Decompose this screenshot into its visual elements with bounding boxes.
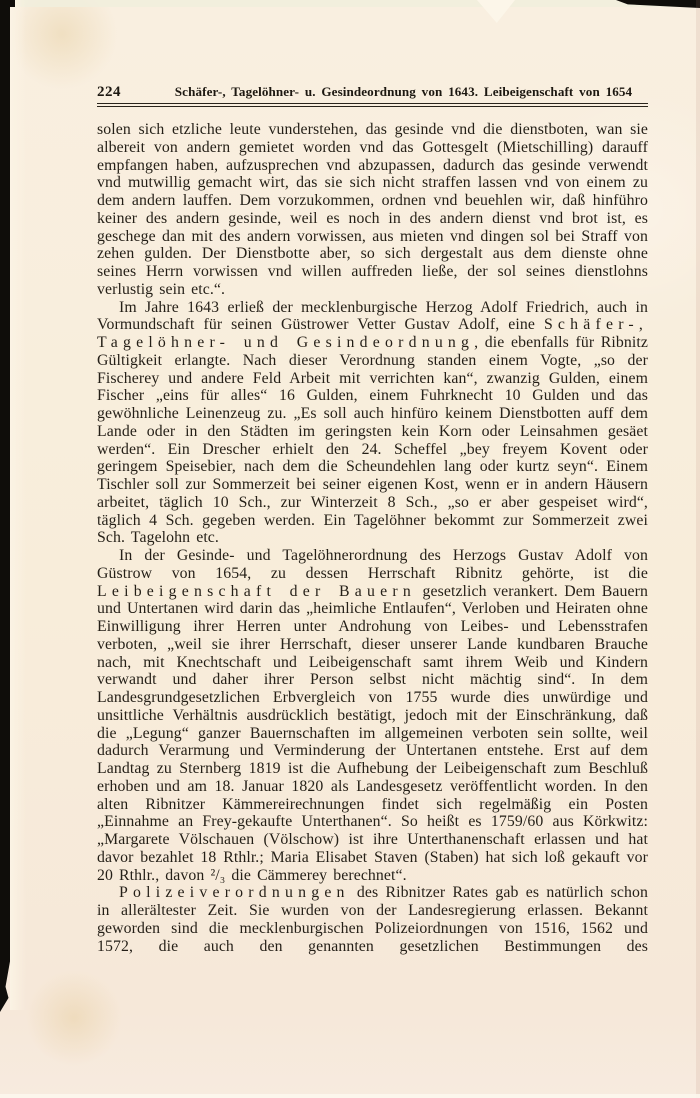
text-run: solen sich etzliche leute vunderstehen, …	[97, 121, 648, 298]
text-run: In der Gesinde- und Tagelöhnerordnung de…	[97, 547, 648, 582]
running-header-title: Schäfer-, Tagelöhner- u. Gesindeordnung …	[159, 84, 648, 100]
paragraph: In der Gesinde- und Tagelöhnerordnung de…	[97, 547, 648, 884]
letterspaced-phrase: Leibeigenschaft der Bauern	[97, 583, 416, 600]
paper-top-edge	[0, 0, 700, 7]
page-body-text: solen sich etzliche leute vunderstehen, …	[97, 121, 648, 955]
text-run: gesetzlich verankert. Dem Bauern und Unt…	[97, 583, 648, 884]
scanned-page: 224 Schäfer-, Tagelöhner- u. Gesindeordn…	[0, 0, 700, 1098]
paper-bottom-edge	[0, 1094, 700, 1098]
header-double-rule	[97, 103, 648, 107]
letterspaced-phrase: Polizeiverordnungen	[119, 884, 350, 901]
paper-left-edge-highlight	[10, 0, 26, 1010]
text-run: , die ebenfalls für Ribnitz Gültigkeit e…	[97, 334, 648, 546]
paragraph: Polizeiverordnungen des Ribnitzer Rates …	[97, 884, 648, 955]
scan-edge-right-tint	[696, 0, 700, 1098]
scan-edge-left	[0, 0, 10, 1012]
page-number: 224	[97, 84, 159, 101]
paragraph: Im Jahre 1643 erließ der mecklenburgisch…	[97, 299, 648, 548]
scan-edge-top-left	[0, 0, 15, 7]
page-fold-crease	[477, 0, 515, 23]
paragraph: solen sich etzliche leute vunderstehen, …	[97, 121, 648, 299]
running-header: 224 Schäfer-, Tagelöhner- u. Gesindeordn…	[97, 84, 648, 101]
